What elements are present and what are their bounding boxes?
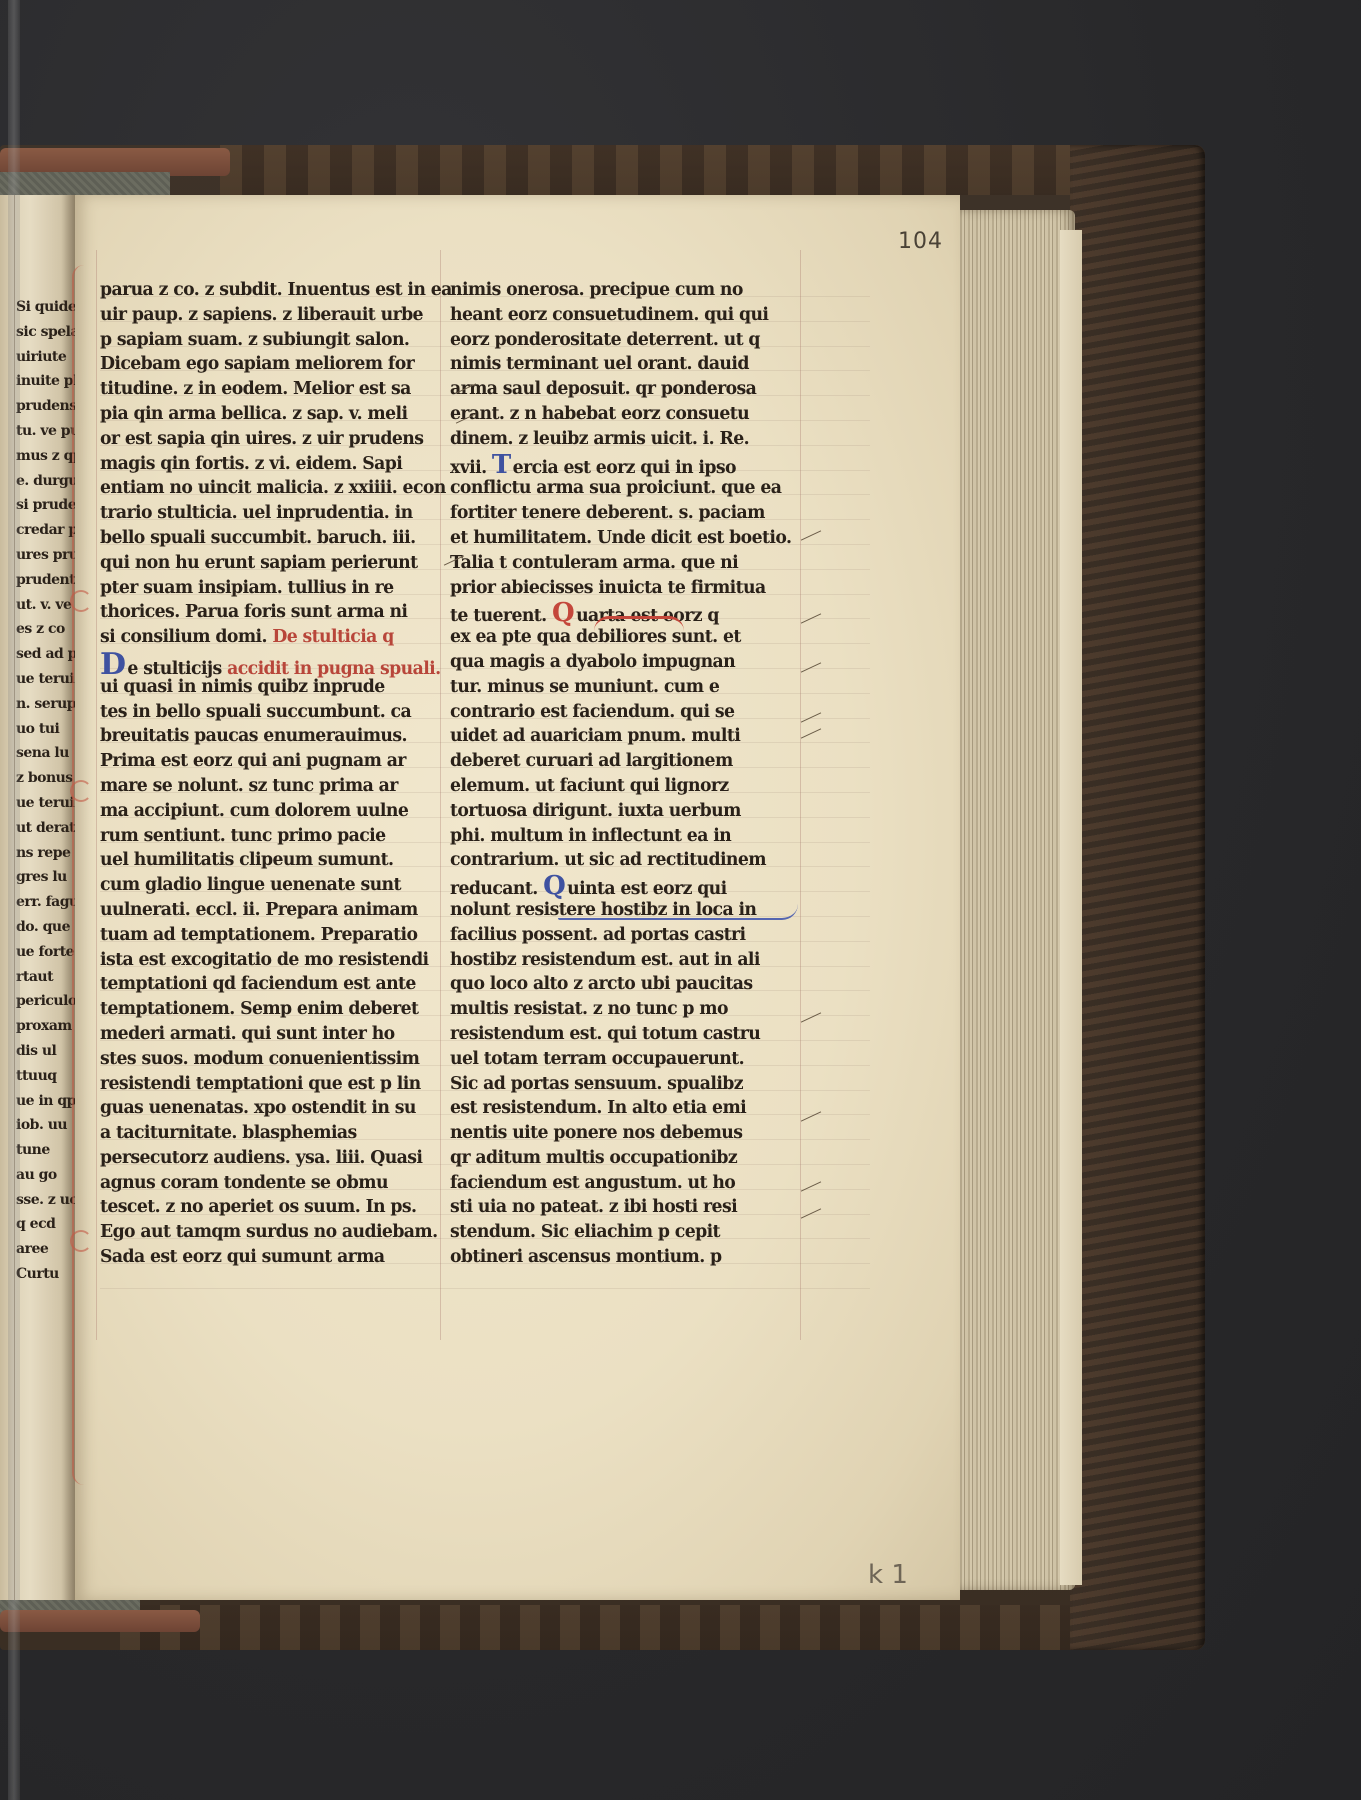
line-text: magis qin fortis. z vi. eidem. Sapi: [100, 454, 402, 474]
text-line: Sada est eorz qui sumunt arma: [100, 1245, 435, 1270]
line-text: phi. multum in inflectunt ea in: [450, 826, 731, 846]
line-text: erant. z n habebat eorz consuetu: [450, 404, 749, 424]
text-line: breuitatis paucas enumerauimus.: [100, 724, 435, 749]
line-text: qr aditum multis occupationibz: [450, 1148, 737, 1168]
line-text: si consilium domi.: [100, 627, 267, 647]
text-line: quo loco alto z arcto ubi paucitas: [450, 972, 795, 997]
text-line: sti uia no pateat. z ibi hosti resi: [450, 1195, 795, 1220]
line-text: temptationi qd faciendum est ante: [100, 974, 416, 994]
text-line: Ego aut tamqm surdus no audiebam.: [100, 1220, 435, 1245]
text-line: conflictu arma sua proiciunt. que ea: [450, 476, 795, 501]
text-line: tuam ad temptationem. Preparatio: [100, 923, 435, 948]
text-line: nimis onerosa. precipue cum no: [450, 278, 795, 303]
line-text: resistendum est. qui totum castru: [450, 1024, 760, 1044]
line-text: quo loco alto z arcto ubi paucitas: [450, 974, 753, 994]
line-text: resistendi temptationi que est p lin: [100, 1074, 421, 1094]
text-line: tur. minus se muniunt. cum e: [450, 675, 795, 700]
penwork-flourish: [70, 590, 92, 612]
text-line: uidet ad auariciam pnum. multi: [450, 724, 795, 749]
line-text: qui non hu erunt sapiam perierunt: [100, 553, 418, 573]
quire-signature: k 1: [868, 1560, 908, 1590]
text-line: hostibz resistendum est. aut in ali: [450, 948, 795, 973]
line-text: Sic ad portas sensuum. spualibz: [450, 1074, 743, 1094]
line-text: ma accipiunt. cum dolorem uulne: [100, 801, 408, 821]
text-line: prior abiecisses inuicta te firmitua: [450, 576, 795, 601]
line-text: facilius possent. ad portas castri: [450, 925, 745, 945]
text-line: rum sentiunt. tunc primo pacie: [100, 824, 435, 849]
line-text: pter suam insipiam. tullius in re: [100, 578, 394, 598]
line-text: bello spuali succumbit. baruch. iii.: [100, 528, 416, 548]
text-line: magis qin fortis. z vi. eidem. Sapi: [100, 452, 435, 477]
line-text: heant eorz consuetudinem. qui qui: [450, 305, 768, 325]
text-line: entiam no uincit malicia. z xxiiii. econ: [100, 476, 435, 501]
ruling-vertical-right: [800, 250, 801, 1340]
blue-initial-flourish: [558, 904, 798, 920]
penwork-flourish: [70, 780, 92, 802]
line-text: temptationem. Semp enim deberet: [100, 999, 418, 1019]
text-line: phi. multum in inflectunt ea in: [450, 824, 795, 849]
line-text-after-initial: uinta est eorz qui: [567, 879, 726, 899]
text-line: Talia t contuleram arma. que ni: [450, 551, 795, 576]
text-line: elemum. ut faciunt qui lignorz: [450, 774, 795, 799]
line-text: deberet curuari ad largitionem: [450, 751, 733, 771]
line-text: Sada est eorz qui sumunt arma: [100, 1247, 384, 1267]
scanner-edge-bar: [8, 0, 20, 1800]
line-text: a taciturnitate. blasphemias: [100, 1123, 357, 1143]
text-line: uulnerati. eccl. ii. Prepara animam: [100, 898, 435, 923]
text-line: mederi armati. qui sunt inter ho: [100, 1022, 435, 1047]
text-line: uel totam terram occupauerunt.: [450, 1047, 795, 1072]
line-text: stendum. Sic eliachim p cepit: [450, 1222, 720, 1242]
text-line: dinem. z leuibz armis uicit. i. Re.: [450, 427, 795, 452]
line-text: elemum. ut faciunt qui lignorz: [450, 776, 729, 796]
text-line: et humilitatem. Unde dicit est boetio.: [450, 526, 795, 551]
text-line: Prima est eorz qui ani pugnam ar: [100, 749, 435, 774]
line-text: contrarium. ut sic ad rectitudinem: [450, 850, 766, 870]
text-line: si consilium domi. De stulticia q: [100, 625, 435, 650]
line-text: Prima est eorz qui ani pugnam ar: [100, 751, 406, 771]
text-line: bello spuali succumbit. baruch. iii.: [100, 526, 435, 551]
line-text: breuitatis paucas enumerauimus.: [100, 726, 407, 746]
line-text: entiam no uincit malicia. z xxiiii. econ: [100, 478, 446, 498]
line-text: ui quasi in nimis quibz inprude: [100, 677, 385, 697]
line-text: conflictu arma sua proiciunt. que ea: [450, 478, 781, 498]
line-text: parua z co. z subdit. Inuentus est in ea: [100, 280, 452, 300]
line-text: tescet. z no aperiet os suum. In ps.: [100, 1197, 416, 1217]
text-line: nimis terminant uel orant. dauid: [450, 352, 795, 377]
text-line: est resistendum. In alto etia emi: [450, 1096, 795, 1121]
text-line: resistendum est. qui totum castru: [450, 1022, 795, 1047]
line-text: qua magis a dyabolo impugnan: [450, 652, 735, 672]
text-column-b: nimis onerosa. precipue cum noheant eorz…: [450, 278, 795, 1270]
line-text: p sapiam suam. z subiungit salon.: [100, 330, 409, 350]
text-line: obtineri ascensus montium. p: [450, 1245, 795, 1270]
text-line: ui quasi in nimis quibz inprude: [100, 675, 435, 700]
line-text: est resistendum. In alto etia emi: [450, 1098, 746, 1118]
line-text: nimis terminant uel orant. dauid: [450, 354, 749, 374]
text-line: temptationi qd faciendum est ante: [100, 972, 435, 997]
line-text: nentis uite ponere nos debemus: [450, 1123, 742, 1143]
line-text: trario stulticia. uel inprudentia. in: [100, 503, 413, 523]
text-line: persecutorz audiens. ysa. liii. Quasi: [100, 1146, 435, 1171]
line-text: tur. minus se muniunt. cum e: [450, 677, 719, 697]
text-line: erant. z n habebat eorz consuetu: [450, 402, 795, 427]
binding-bottom-tooling: [120, 1605, 1205, 1650]
text-line: arma saul deposuit. qr ponderosa: [450, 377, 795, 402]
text-line: pia qin arma bellica. z sap. v. meli: [100, 402, 435, 427]
paragraph-initial: Q: [552, 600, 574, 626]
text-line: Dicebam ego sapiam meliorem for: [100, 352, 435, 377]
line-text: ista est excogitatio de mo resistendi: [100, 950, 429, 970]
text-line: p sapiam suam. z subiungit salon.: [100, 328, 435, 353]
line-text: stes suos. modum conuenientissim: [100, 1049, 419, 1069]
text-line: facilius possent. ad portas castri: [450, 923, 795, 948]
text-line: fortiter tenere deberent. s. paciam: [450, 501, 795, 526]
line-text: mederi armati. qui sunt inter ho: [100, 1024, 395, 1044]
line-text: uir paup. z sapiens. z liberauit urbe: [100, 305, 423, 325]
line-text: dinem. z leuibz armis uicit. i. Re.: [450, 429, 749, 449]
folio-number: 104: [898, 229, 943, 254]
line-text: hostibz resistendum est. aut in ali: [450, 950, 760, 970]
penwork-flourish: [70, 1230, 92, 1252]
binding-top-tooling: [220, 145, 1205, 195]
text-line: thorices. Parua foris sunt arma ni: [100, 600, 435, 625]
text-line: xvii. Tercia est eorz qui in ipso: [450, 452, 795, 477]
line-text: uulnerati. eccl. ii. Prepara animam: [100, 900, 418, 920]
text-line: multis resistat. z no tunc p mo: [450, 997, 795, 1022]
text-line: faciendum est angustum. ut ho: [450, 1171, 795, 1196]
text-line: agnus coram tondente se obmu: [100, 1171, 435, 1196]
line-text: rum sentiunt. tunc primo pacie: [100, 826, 386, 846]
spine-leather-strip-bottom: [0, 1610, 200, 1632]
line-text: mare se nolunt. sz tunc prima ar: [100, 776, 398, 796]
text-line: cum gladio lingue uenenate sunt: [100, 873, 435, 898]
text-line: mare se nolunt. sz tunc prima ar: [100, 774, 435, 799]
line-text: multis resistat. z no tunc p mo: [450, 999, 728, 1019]
line-text: uidet ad auariciam pnum. multi: [450, 726, 740, 746]
red-penwork-border: [72, 265, 98, 1485]
text-line: guas uenenatas. xpo ostendit in su: [100, 1096, 435, 1121]
rubric-heading: De stulticia q: [272, 627, 393, 647]
line-text: faciendum est angustum. ut ho: [450, 1173, 735, 1193]
text-line: ma accipiunt. cum dolorem uulne: [100, 799, 435, 824]
text-line: De stulticijs accidit in pugna spuali.: [100, 650, 435, 675]
text-line: reducant. Quinta est eorz qui: [450, 873, 795, 898]
text-line: parua z co. z subdit. Inuentus est in ea: [100, 278, 435, 303]
text-column-a: parua z co. z subdit. Inuentus est in ea…: [100, 278, 435, 1270]
red-initial-flourish: [594, 616, 684, 631]
line-text: Dicebam ego sapiam meliorem for: [100, 354, 414, 374]
line-text: obtineri ascensus montium. p: [450, 1247, 722, 1267]
text-line: tes in bello spuali succumbunt. ca: [100, 700, 435, 725]
text-line: heant eorz consuetudinem. qui qui: [450, 303, 795, 328]
text-line: eorz ponderositate deterrent. ut q: [450, 328, 795, 353]
line-text: te tuerent.: [450, 606, 547, 626]
line-text: titudine. z in eodem. Melior est sa: [100, 379, 411, 399]
text-line: tescet. z no aperiet os suum. In ps.: [100, 1195, 435, 1220]
text-line: pter suam insipiam. tullius in re: [100, 576, 435, 601]
text-line: uel humilitatis clipeum sumunt.: [100, 848, 435, 873]
line-text: eorz ponderositate deterrent. ut q: [450, 330, 760, 350]
paragraph-initial: Q: [543, 873, 565, 899]
text-line: temptationem. Semp enim deberet: [100, 997, 435, 1022]
text-line: contrarium. ut sic ad rectitudinem: [450, 848, 795, 873]
line-text: pia qin arma bellica. z sap. v. meli: [100, 404, 407, 424]
text-line: Sic ad portas sensuum. spualibz: [450, 1072, 795, 1097]
ruling-vertical-mid: [440, 250, 441, 1340]
line-text: agnus coram tondente se obmu: [100, 1173, 388, 1193]
line-text: tortuosa dirigunt. iuxta uerbum: [450, 801, 741, 821]
line-text: uel humilitatis clipeum sumunt.: [100, 850, 393, 870]
line-text: cum gladio lingue uenenate sunt: [100, 875, 401, 895]
line-text: contrario est faciendum. qui se: [450, 702, 734, 722]
line-text: tes in bello spuali succumbunt. ca: [100, 702, 411, 722]
line-text: nimis onerosa. precipue cum no: [450, 280, 743, 300]
text-line: resistendi temptationi que est p lin: [100, 1072, 435, 1097]
text-line: stendum. Sic eliachim p cepit: [450, 1220, 795, 1245]
line-text: sti uia no pateat. z ibi hosti resi: [450, 1197, 737, 1217]
text-line: trario stulticia. uel inprudentia. in: [100, 501, 435, 526]
line-text: et humilitatem. Unde dicit est boetio.: [450, 528, 791, 548]
text-line: nentis uite ponere nos debemus: [450, 1121, 795, 1146]
text-line: or est sapia qin uires. z uir prudens: [100, 427, 435, 452]
text-line: qui non hu erunt sapiam perierunt: [100, 551, 435, 576]
text-line: tortuosa dirigunt. iuxta uerbum: [450, 799, 795, 824]
ruling-line: [100, 1288, 870, 1289]
page-edges-shade: [1060, 230, 1082, 1585]
text-line: qr aditum multis occupationibz: [450, 1146, 795, 1171]
line-text: fortiter tenere deberent. s. paciam: [450, 503, 765, 523]
line-text: xvii.: [450, 458, 487, 478]
line-text: reducant.: [450, 879, 538, 899]
line-text: tuam ad temptationem. Preparatio: [100, 925, 417, 945]
line-text-after-initial: ercia est eorz qui in ipso: [513, 458, 736, 478]
text-line: ista est excogitatio de mo resistendi: [100, 948, 435, 973]
text-line: qua magis a dyabolo impugnan: [450, 650, 795, 675]
line-text: persecutorz audiens. ysa. liii. Quasi: [100, 1148, 422, 1168]
text-line: a taciturnitate. blasphemias: [100, 1121, 435, 1146]
line-text: guas uenenatas. xpo ostendit in su: [100, 1098, 416, 1118]
line-text: arma saul deposuit. qr ponderosa: [450, 379, 756, 399]
text-line: titudine. z in eodem. Melior est sa: [100, 377, 435, 402]
text-line: deberet curuari ad largitionem: [450, 749, 795, 774]
line-text: or est sapia qin uires. z uir prudens: [100, 429, 423, 449]
line-text: prior abiecisses inuicta te firmitua: [450, 578, 766, 598]
line-text: Ego aut tamqm surdus no audiebam.: [100, 1222, 438, 1242]
text-line: contrario est faciendum. qui se: [450, 700, 795, 725]
text-block-page-edges: [960, 210, 1075, 1590]
paragraph-initial: T: [492, 452, 511, 478]
text-line: uir paup. z sapiens. z liberauit urbe: [100, 303, 435, 328]
line-text: Talia t contuleram arma. que ni: [450, 553, 738, 573]
binding-right-board: [1070, 145, 1205, 1650]
text-line: stes suos. modum conuenientissim: [100, 1047, 435, 1072]
line-text: uel totam terram occupauerunt.: [450, 1049, 744, 1069]
line-text: thorices. Parua foris sunt arma ni: [100, 602, 407, 622]
